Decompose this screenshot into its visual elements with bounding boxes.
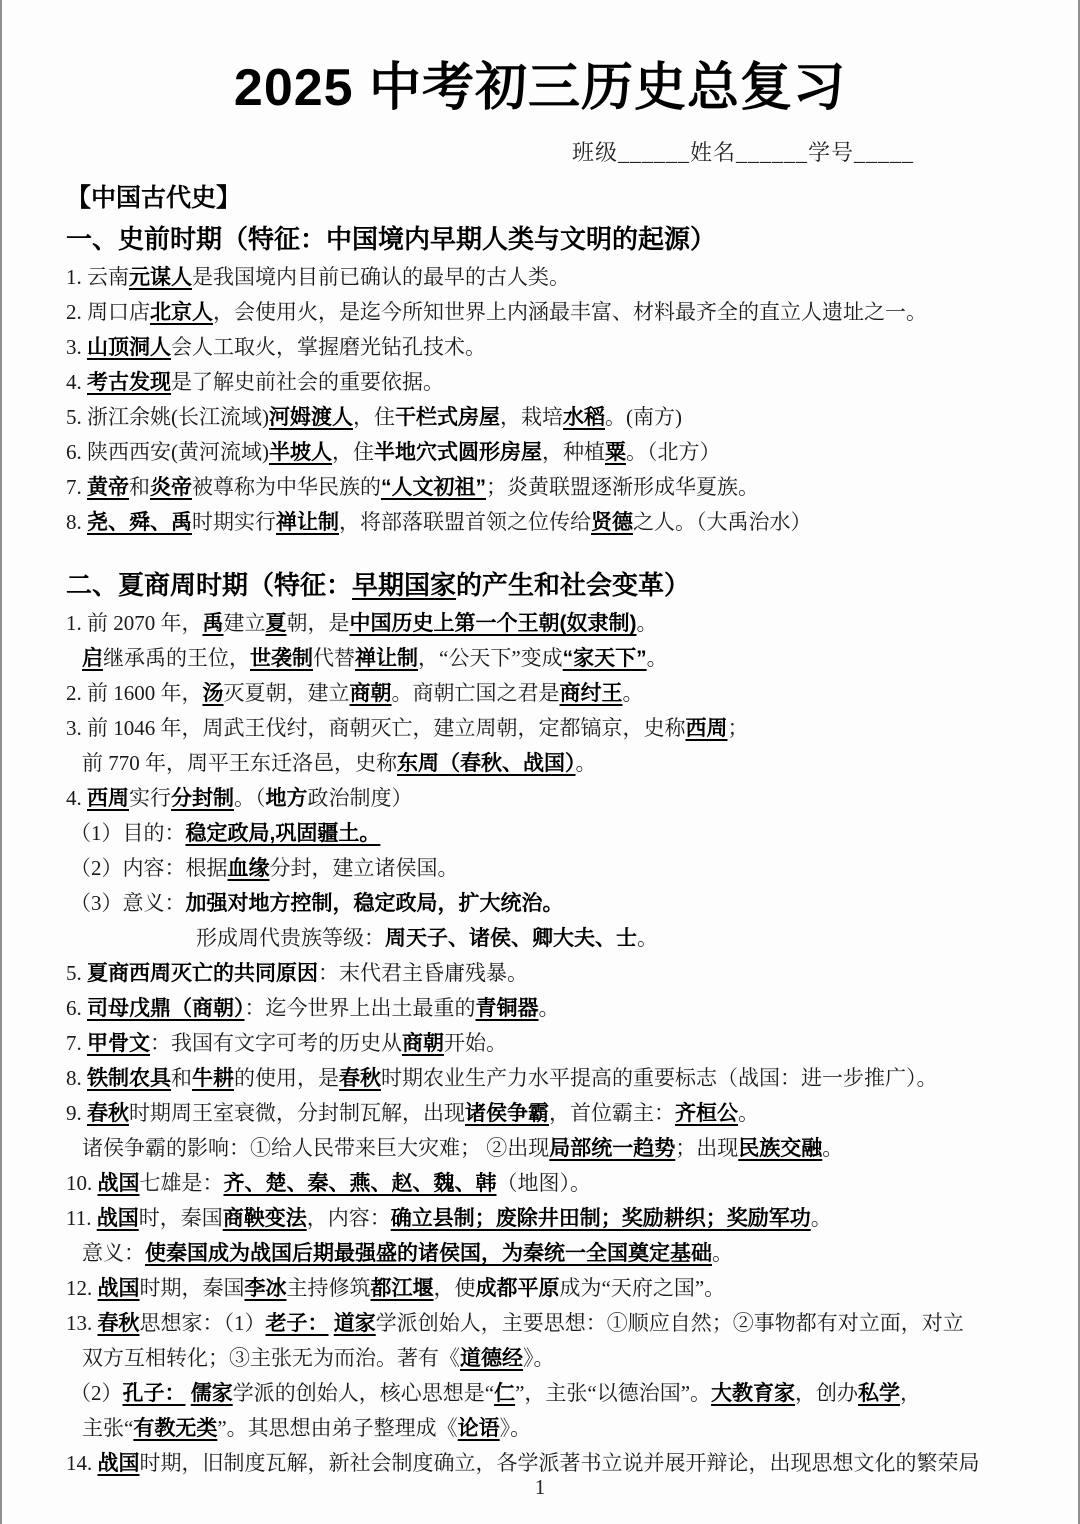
text-run: 分封，建立诸侯国。 [270, 856, 459, 880]
text-run: ：迄今世界上出土最重的 [245, 996, 476, 1020]
text-run: 。 [637, 611, 658, 635]
text-run: 被尊称为中华民族的 [192, 475, 381, 499]
text-run: 商鞅变法 [223, 1207, 307, 1230]
text-run: 10. [66, 1171, 98, 1195]
text-run: 都江堰 [371, 1277, 434, 1300]
text-run: 实行 [129, 786, 171, 810]
paragraph: 3. 山顶洞人会人工取火，掌握磨光钻孔技术。 [66, 330, 1034, 365]
text-run: 前 770 年，周平王东迁洛邑，史称 [82, 751, 397, 775]
text-run: 分封制 [171, 787, 234, 810]
text-run: ；出现 [675, 1136, 738, 1160]
text-run: ，首位霸主： [549, 1101, 675, 1125]
paragraph: （1）目的：稳定政局,巩固疆土。 [66, 816, 1034, 851]
text-run: 14. [66, 1451, 98, 1475]
text-run: 加强对地方控制，稳定政局，扩大统治。 [186, 892, 564, 915]
text-run: ，栽培 [500, 405, 563, 429]
text-run: ，“公天下”变成 [418, 646, 563, 670]
text-run: （2）内容：根据 [70, 856, 228, 880]
text-run: 中国历史上第一个王朝(奴隶制) [350, 612, 637, 635]
text-run: 》。 [500, 1416, 532, 1440]
paragraph: 1. 前 2070 年，禹建立夏朝，是中国历史上第一个王朝(奴隶制)。 [66, 606, 1034, 641]
text-run: 成都平原 [476, 1277, 560, 1300]
text-run: 论语 [458, 1417, 500, 1440]
text-run: 山顶洞人 [87, 336, 171, 359]
paragraph: 形成周代贵族等级：周天子、诸侯、卿大夫、士。 [66, 921, 1034, 956]
text-run: 东周（春秋、战国） [397, 752, 576, 775]
text-run: 禹 [203, 612, 224, 635]
text-run: 会人工取火，掌握磨光钻孔技术。 [171, 335, 486, 359]
text-run: 时期实行 [192, 510, 276, 534]
paragraph: 5. 浙江余姚(长江流域)河姆渡人，住干栏式房屋，栽培水稻。(南方) [66, 400, 1034, 435]
paragraph: 11. 战国时，秦国商鞅变法，内容：确立县制；废除井田制；奖励耕织；奖励军功。 [66, 1201, 1034, 1236]
text-run: 七雄是： [140, 1171, 224, 1195]
text-run: ，住 [353, 405, 395, 429]
text-run: 4. [66, 370, 87, 394]
text-run: 8. [66, 1066, 87, 1090]
text-run: 。 [623, 681, 644, 705]
paragraph: 2. 前 1600 年，汤灭夏朝，建立商朝。商朝亡国之君是商纣王。 [66, 676, 1034, 711]
text-run: 》。 [523, 1346, 555, 1370]
paragraph: 8. 尧、舜、禹时期实行禅让制，将部落联盟首领之位传给贤德之人。（大禹治水） [66, 505, 1034, 540]
paragraph: 7. 黄帝和炎帝被尊称为中华民族的“人文初祖”；炎黄联盟逐渐形成华夏族。 [66, 470, 1034, 505]
text-run: （2） [70, 1381, 123, 1405]
paragraph: 4. 考古发现是了解史前社会的重要依据。 [66, 365, 1034, 400]
text-run: 水稻 [563, 406, 605, 429]
text-run: ，将部落联盟首领之位传给 [339, 510, 591, 534]
text-run: 。 [811, 1206, 832, 1230]
text-run: 青铜器 [476, 997, 539, 1020]
text-run: 大教育家 [711, 1382, 795, 1405]
text-run: ， [900, 1381, 921, 1405]
text-run: 一、史前时期（特征：中国境内早期人类与文明的起源） [66, 224, 716, 254]
text-run: 11. [66, 1206, 97, 1230]
text-run: 二、夏商周时期（特征： [66, 570, 352, 600]
text-run: 孔子： [123, 1382, 186, 1405]
paragraph: 6. 司母戊鼎（商朝）：迄今世界上出土最重的青铜器。 [66, 991, 1034, 1026]
text-run: 时期，旧制度瓦解，新社会制度确立，各学派著书立说并展开辩论，出现思想文化的繁荣局 [140, 1451, 980, 1475]
text-run: 。 [738, 1101, 759, 1125]
paragraph: 6. 陕西西安(黄河流域)半坡人，住半地穴式圆形房屋，种植粟。（北方） [66, 435, 1034, 470]
text-run: 牛耕 [192, 1067, 234, 1090]
text-run: 李冰 [245, 1277, 287, 1300]
text-run: 确立县制；废除井田制；奖励耕织；奖励军功 [391, 1207, 811, 1230]
text-run: 形成周代贵族等级： [196, 926, 385, 950]
text-run: 。（ [234, 786, 266, 810]
text-run: （1）目的： [70, 821, 186, 845]
text-run: 的使用，是 [234, 1066, 339, 1090]
page-number: 1 [2, 1475, 1078, 1500]
text-run: 诸侯争霸的影响：①给人民带来巨大灾难； ②出现 [82, 1136, 549, 1160]
section-heading: 二、夏商周时期（特征：早期国家的产生和社会变革） [66, 564, 1034, 606]
text-run: 主持修筑 [287, 1276, 371, 1300]
text-run: ，住 [332, 440, 374, 464]
text-run: 7. [66, 475, 87, 499]
text-run: 早期国家 [352, 570, 456, 600]
text-run: 政治制度） [308, 786, 413, 810]
text-run: 齐桓公 [675, 1102, 738, 1125]
text-run: 是了解史前社会的重要依据。 [171, 370, 444, 394]
text-run: 粟 [605, 441, 626, 464]
text-run: 成为“天府之国”。 [560, 1276, 726, 1300]
text-run: ，种植 [542, 440, 605, 464]
text-run: 司母戊鼎（商朝） [87, 997, 245, 1020]
paragraph: 启继承禹的王位，世袭制代替禅让制，“公天下”变成“家天下”。 [66, 641, 1034, 676]
text-run: 主张“ [82, 1416, 133, 1440]
text-run: 黄帝 [87, 476, 129, 499]
text-run: 2. 前 1600 年， [66, 681, 203, 705]
text-run: 禅让制 [276, 511, 339, 534]
text-run: 的产生和社会变革） [456, 570, 690, 600]
paragraph: 12. 战国时期，秦国李冰主持修筑都江堰，使成都平原成为“天府之国”。 [66, 1271, 1034, 1306]
text-run: 1. 前 2070 年， [66, 611, 203, 635]
text-run: 铁制农具 [87, 1067, 171, 1090]
paragraph: 前 770 年，周平王东迁洛邑，史称东周（春秋、战国）。 [66, 746, 1034, 781]
paragraph: 7. 甲骨文：我国有文字可考的历史从商朝开始。 [66, 1026, 1034, 1061]
text-run: 是我国境内目前已确认的最早的古人类。 [192, 265, 570, 289]
text-run: ；炎黄联盟逐渐形成华夏族。 [486, 475, 759, 499]
text-run: 尧、舜、禹 [87, 511, 192, 534]
text-run: “家天下” [563, 647, 647, 670]
text-run: ，内容： [307, 1206, 391, 1230]
paragraph: 1. 云南元谋人是我国境内目前已确认的最早的古人类。 [66, 260, 1034, 295]
text-run: 干栏式房屋 [395, 406, 500, 429]
text-run: 齐、楚、秦、燕、赵、魏、韩 [224, 1172, 497, 1195]
text-run: 儒家 [191, 1382, 233, 1405]
text-run: 考古发现 [87, 371, 171, 394]
text-run: ，使 [434, 1276, 476, 1300]
text-run: 商纣王 [560, 682, 623, 705]
page-title: 2025 中考初三历史总复习 [66, 56, 1014, 120]
text-run: “人文初祖” [381, 476, 486, 499]
text-run: 春秋 [339, 1067, 381, 1090]
text-run: 道德经 [460, 1347, 523, 1370]
text-run: 禅让制 [355, 647, 418, 670]
text-run: 道家 [334, 1312, 376, 1335]
text-run: 战国 [98, 1172, 140, 1195]
text-run: 战国 [98, 1452, 140, 1475]
text-run: 学派创始人，主要思想：①顺应自然；②事物都有对立面，对立 [376, 1311, 964, 1335]
text-run: 半坡人 [269, 441, 332, 464]
text-run: 民族交融 [738, 1137, 822, 1160]
text-run: 6. 陕西西安(黄河流域) [66, 440, 269, 464]
text-run: 和 [171, 1066, 192, 1090]
text-run: 。(南方) [605, 405, 682, 429]
document-page: 2025 中考初三历史总复习 班级______姓名______学号_____ 【… [0, 0, 1080, 1524]
text-run: 。 [637, 926, 658, 950]
paragraph: 9. 春秋时期周王室衰微，分封制瓦解，出现诸侯争霸，首位霸主：齐桓公。 [66, 1096, 1034, 1131]
category-label: 【中国古代史】 [66, 180, 1034, 216]
text-run: 商朝 [402, 1032, 444, 1055]
text-run: ，会使用火，是迄今所知世界上内涵最丰富、材料最齐全的直立人遗址之一。 [213, 300, 927, 324]
text-run: 4. [66, 786, 87, 810]
text-run: ，创办 [795, 1381, 858, 1405]
text-run: ； [728, 716, 749, 740]
text-run: 13. [66, 1311, 98, 1335]
paragraph: 4. 西周实行分封制。（地方政治制度） [66, 781, 1034, 816]
text-run: 西周 [87, 787, 129, 810]
text-run: 私学 [858, 1382, 900, 1405]
text-run: 老子： [266, 1312, 329, 1335]
text-run: 血缘 [228, 857, 270, 880]
text-run: 。 [822, 1136, 843, 1160]
text-run: ”。其思想由弟子整理成《 [217, 1416, 457, 1440]
text-run: 和 [129, 475, 150, 499]
paragraph: （2）孔子： 儒家学派的创始人，核心思想是“仁”，主张“以德治国”。大教育家，创… [66, 1376, 1034, 1411]
text-run: 有教无类 [133, 1417, 217, 1440]
paragraph: 5. 夏商西周灭亡的共同原因：末代君主昏庸残暴。 [66, 956, 1034, 991]
text-run: 代替 [313, 646, 355, 670]
text-run: 。 [539, 996, 560, 1020]
paragraph: 10. 战国七雄是：齐、楚、秦、燕、赵、魏、韩（地图）。 [66, 1166, 1034, 1201]
text-run: 学派的创始人，核心思想是“ [233, 1381, 494, 1405]
text-run: 诸侯争霸 [465, 1102, 549, 1125]
text-run: 地方 [266, 787, 308, 810]
paragraph: （3）意义：加强对地方控制，稳定政局，扩大统治。 [66, 886, 1034, 921]
text-run: 元谋人 [129, 266, 192, 289]
text-run: 西周 [686, 717, 728, 740]
text-run: 夏 [266, 612, 287, 635]
text-run: （3）意义： [70, 891, 186, 915]
text-run: 5. [66, 961, 87, 985]
text-run: 思想家：（1） [140, 1311, 266, 1335]
paragraph: 主张“有教无类”。其思想由弟子整理成《论语》。 [66, 1411, 1034, 1446]
text-run: 1. 云南 [66, 265, 129, 289]
text-run: 时期农业生产力水平提高的重要标志（战国：进一步推广）。 [381, 1066, 938, 1090]
text-run: 夏商西周灭亡的共同原因 [87, 962, 318, 985]
text-run: 5. 浙江余姚(长江流域) [66, 405, 269, 429]
paragraph: 2. 周口店北京人，会使用火，是迄今所知世界上内涵最丰富、材料最齐全的直立人遗址… [66, 295, 1034, 330]
text-run: 建立 [224, 611, 266, 635]
paragraph: （2）内容：根据血缘分封，建立诸侯国。 [66, 851, 1034, 886]
paragraph: 8. 铁制农具和牛耕的使用，是春秋时期农业生产力水平提高的重要标志（战国：进一步… [66, 1061, 1034, 1096]
text-run: 。 [647, 646, 668, 670]
text-run: 甲骨文 [87, 1032, 150, 1055]
text-run: 。 [712, 1241, 733, 1265]
text-run: （地图）。 [497, 1171, 592, 1195]
text-run: 意义： [82, 1241, 145, 1265]
text-run: 炎帝 [150, 476, 192, 499]
text-run: 双方互相转化；③主张无为而治。著有《 [82, 1346, 460, 1370]
text-run: 。商朝亡国之君是 [392, 681, 560, 705]
paragraph: 诸侯争霸的影响：①给人民带来巨大灾难； ②出现局部统一趋势；出现民族交融。 [66, 1131, 1034, 1166]
text-run: 8. [66, 510, 87, 534]
text-run: 河姆渡人 [269, 406, 353, 429]
text-run: 继承禹的王位， [103, 646, 250, 670]
text-run: 北京人 [150, 301, 213, 324]
paragraph: 双方互相转化；③主张无为而治。著有《道德经》。 [66, 1341, 1034, 1376]
text-run: 朝，是 [287, 611, 350, 635]
text-run: 。 [576, 751, 597, 775]
text-run: 2. 周口店 [66, 300, 150, 324]
text-run: 3. [66, 335, 87, 359]
text-run: 稳定政局,巩固疆土。 [186, 822, 381, 845]
text-run: 战国 [97, 1207, 139, 1230]
document-body: 一、史前时期（特征：中国境内早期人类与文明的起源）1. 云南元谋人是我国境内目前… [66, 218, 1034, 1481]
text-run: 6. [66, 996, 87, 1020]
text-run: ：末代君主昏庸残暴。 [318, 961, 528, 985]
text-run: 之人。（大禹治水） [633, 510, 812, 534]
text-run: 启 [82, 647, 103, 670]
student-info-blanks: 班级______姓名______学号_____ [572, 138, 1034, 168]
text-run: 。（北方） [626, 440, 721, 464]
text-run: 春秋 [98, 1312, 140, 1335]
text-run: 周天子、诸侯、卿大夫、士 [385, 927, 637, 950]
text-run: ”，主张“以德治国”。 [515, 1381, 711, 1405]
text-run: 局部统一趋势 [549, 1137, 675, 1160]
section-heading: 一、史前时期（特征：中国境内早期人类与文明的起源） [66, 218, 1034, 260]
text-run: 世袭制 [250, 647, 313, 670]
text-run: 商朝 [350, 682, 392, 705]
text-run: 9. [66, 1101, 87, 1125]
text-run: 12. [66, 1276, 98, 1300]
paragraph: 13. 春秋思想家：（1）老子： 道家学派创始人，主要思想：①顺应自然；②事物都… [66, 1306, 1034, 1341]
paragraph: 3. 前 1046 年，周武王伐纣，商朝灭亡，建立周朝，定都镐京，史称西周； [66, 711, 1034, 746]
text-run: 贤德 [591, 511, 633, 534]
text-run: 灭夏朝，建立 [224, 681, 350, 705]
text-run: 汤 [203, 682, 224, 705]
text-run: 仁 [494, 1382, 515, 1405]
text-run: 7. [66, 1031, 87, 1055]
text-run: ：我国有文字可考的历史从 [150, 1031, 402, 1055]
text-run: 半地穴式圆形房屋 [374, 441, 542, 464]
text-run: 春秋 [87, 1102, 129, 1125]
text-run: 开始。 [444, 1031, 507, 1055]
paragraph: 意义：使秦国成为战国后期最强盛的诸侯国，为秦统一全国奠定基础。 [66, 1236, 1034, 1271]
text-run: 战国 [98, 1277, 140, 1300]
text-run: 时期，秦国 [140, 1276, 245, 1300]
text-run: 时期周王室衰微，分封制瓦解，出现 [129, 1101, 465, 1125]
text-run: 3. 前 1046 年，周武王伐纣，商朝灭亡，建立周朝，定都镐京，史称 [66, 716, 686, 740]
text-run: 使秦国成为战国后期最强盛的诸侯国，为秦统一全国奠定基础 [145, 1242, 712, 1265]
text-run: 时，秦国 [139, 1206, 223, 1230]
